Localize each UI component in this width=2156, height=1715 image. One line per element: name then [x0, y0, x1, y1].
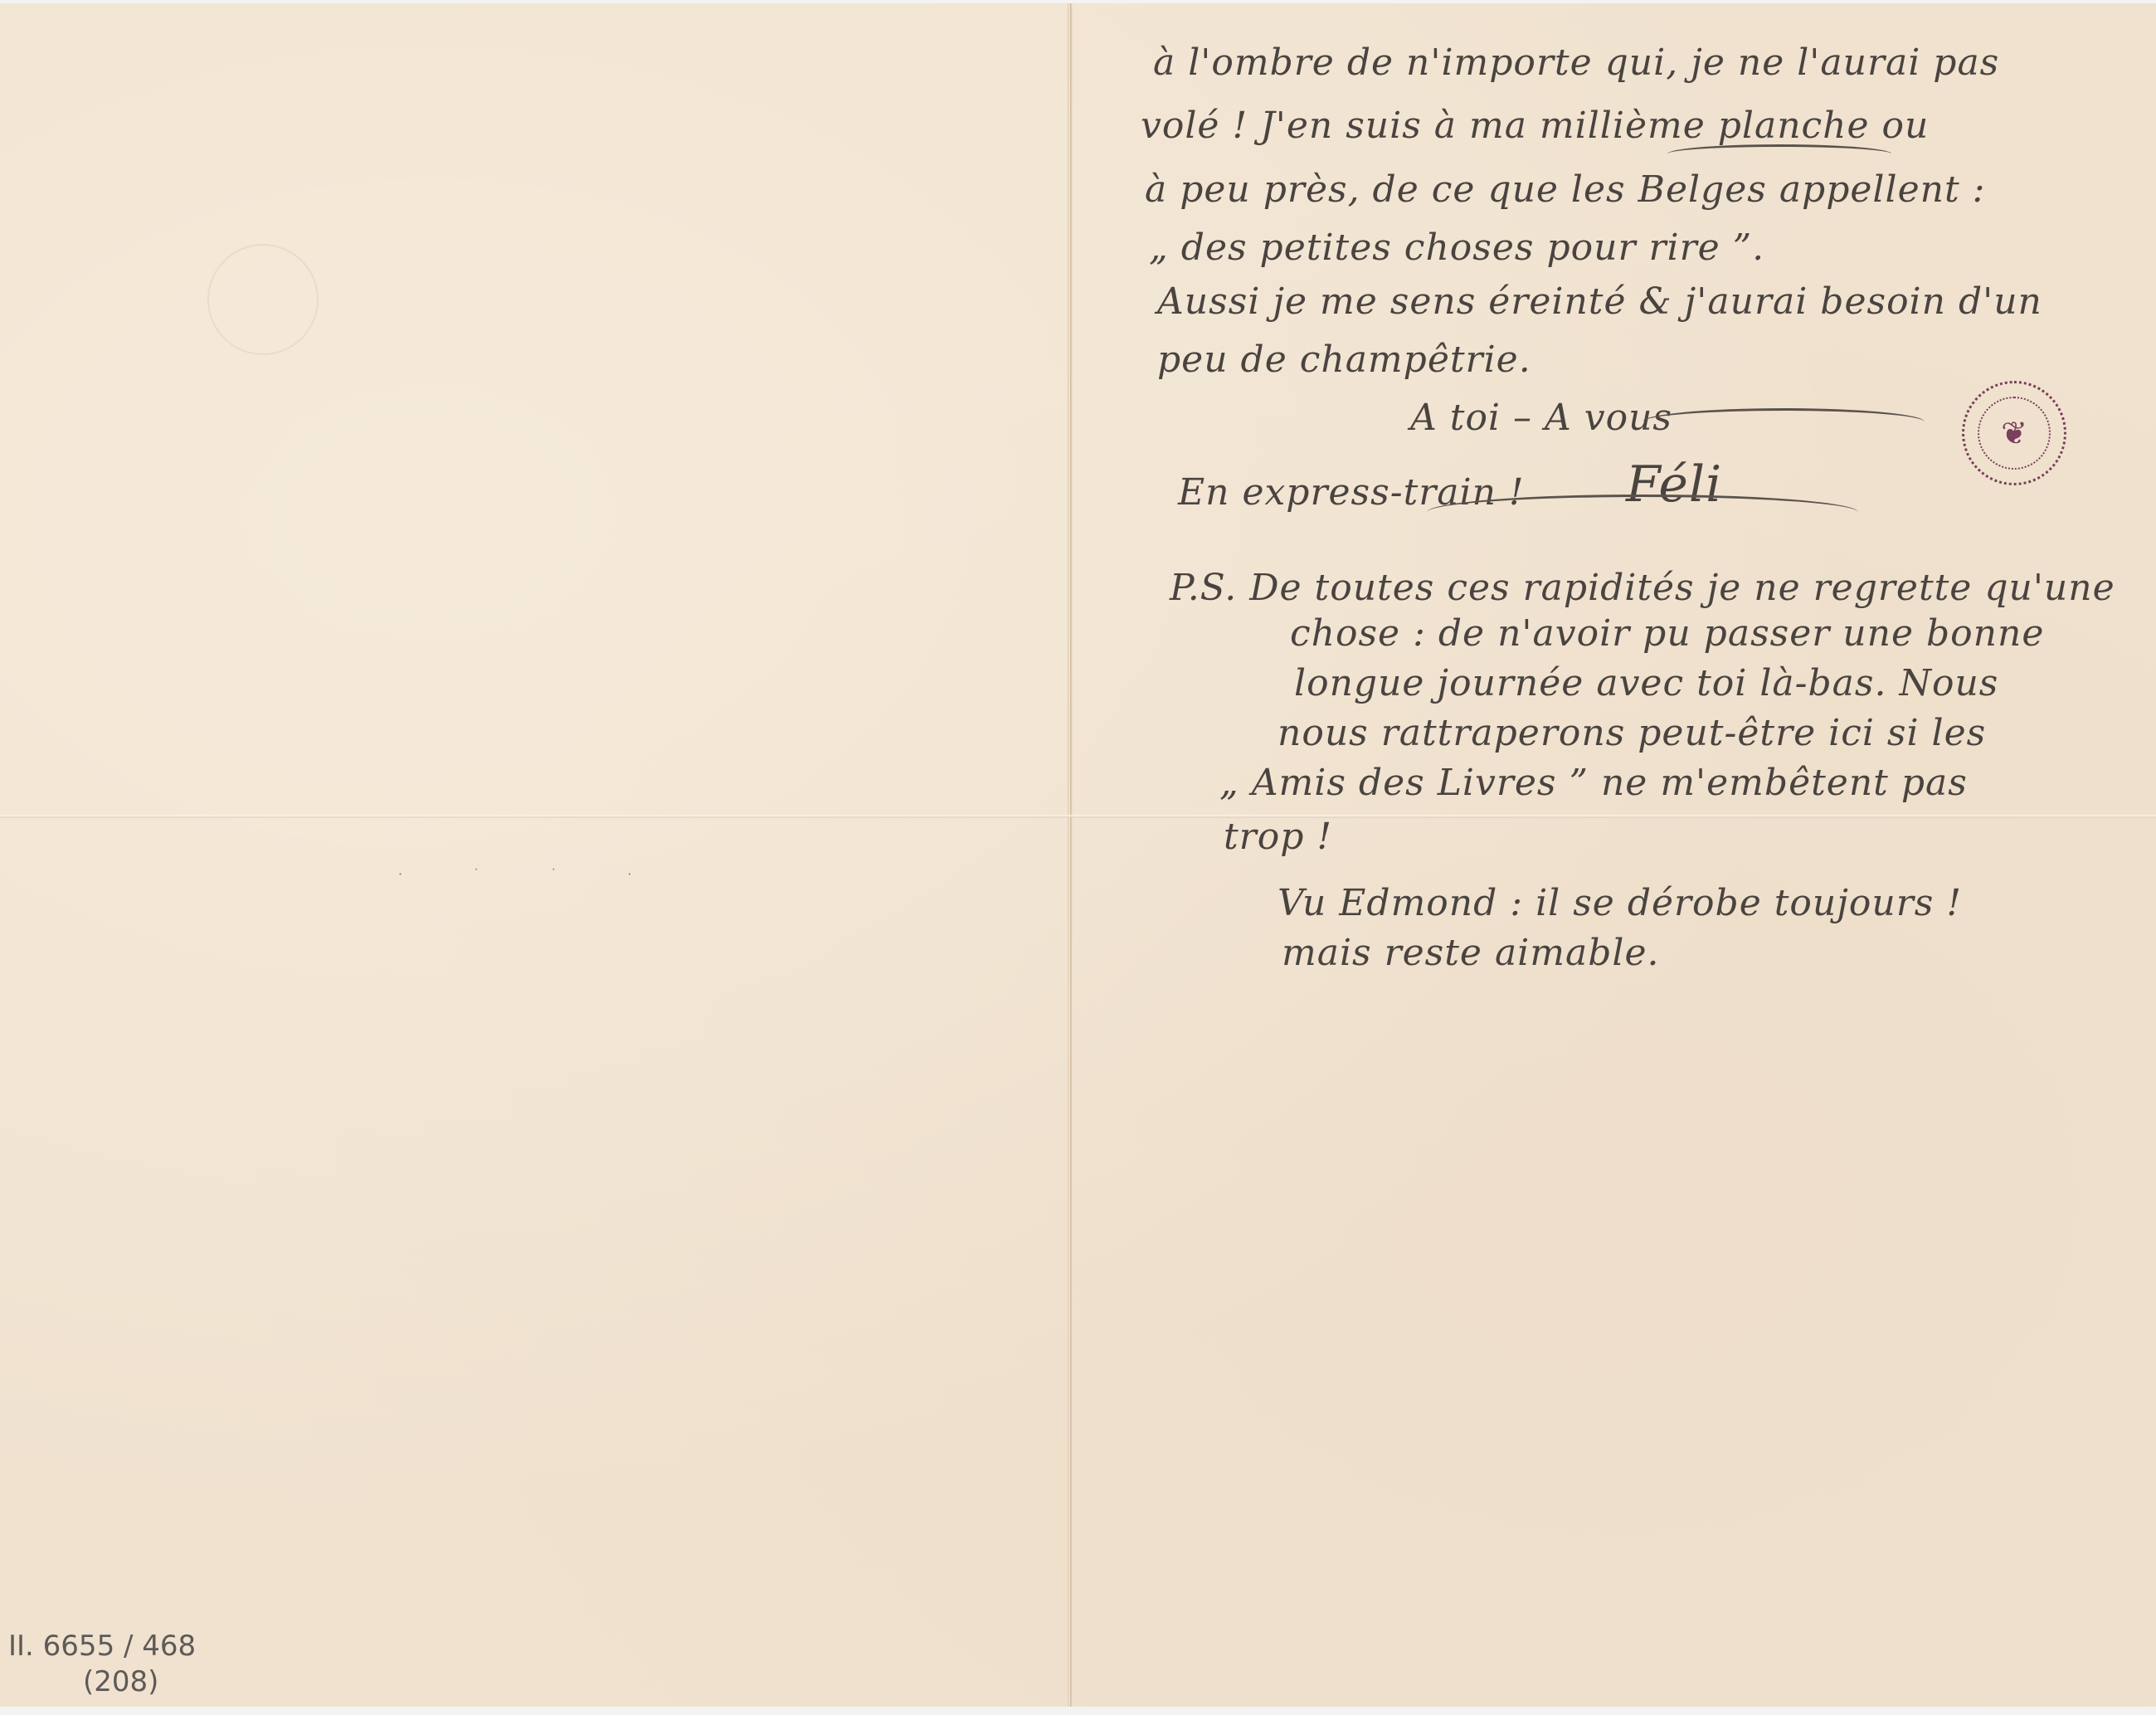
- ink-specks: · ˙ ˙ ·: [398, 866, 664, 882]
- body-line-6: peu de champêtrie.: [1157, 335, 1531, 385]
- ps-line-4: nous rattraperons peut-être ici si les: [1278, 709, 1986, 758]
- watermark: [207, 244, 319, 355]
- body-line-1: à l'ombre de n'importe qui, je ne l'aura…: [1153, 38, 1999, 88]
- body-line-4: „ des petites choses pour rire ”.: [1149, 223, 1764, 273]
- body-line-2-text: volé ! J'en suis à ma millième planche o…: [1141, 105, 1929, 147]
- ps-line-3: longue journée avec toi là-bas. Nous: [1294, 659, 1998, 709]
- closing: A toi – A vous: [1410, 393, 1672, 443]
- center-fold: [1068, 3, 1073, 1707]
- underline-stroke: [1667, 144, 1891, 163]
- body-line-2: volé ! J'en suis à ma millième planche o…: [1141, 101, 1929, 151]
- letter-sheet: · ˙ ˙ · à l'ombre de n'importe qui, je n…: [0, 3, 2156, 1707]
- left-page-blank: · ˙ ˙ ·: [0, 3, 1070, 1707]
- library-stamp: ❦: [1962, 381, 2066, 485]
- body-line-3: à peu près, de ce que les Belges appelle…: [1145, 165, 1985, 215]
- shelfmark-number: II. 6655 / 468: [8, 1630, 196, 1663]
- ps-line-6: trop !: [1224, 812, 1332, 862]
- signature-flourish-bottom: [1427, 495, 1858, 530]
- stamp-emblem: ❦: [1978, 397, 2051, 470]
- signature-flourish-top: [1643, 408, 1925, 436]
- body-line-5: Aussi je me sens éreinté & j'aurai besoi…: [1157, 277, 2042, 327]
- shelfmark-sub: (208): [83, 1665, 158, 1698]
- ps-line-2: chose : de n'avoir pu passer une bonne: [1290, 609, 2044, 659]
- ps-line-8: mais reste aimable.: [1282, 928, 1659, 978]
- ps-line-7: Vu Edmond : il se dérobe toujours !: [1278, 879, 1962, 928]
- horizontal-fold: [0, 815, 2156, 818]
- ps-line-1: P.S. De toutes ces rapidités je ne regre…: [1170, 563, 2115, 613]
- ps-line-5: „ Amis des Livres ” ne m'embêtent pas: [1219, 758, 1968, 808]
